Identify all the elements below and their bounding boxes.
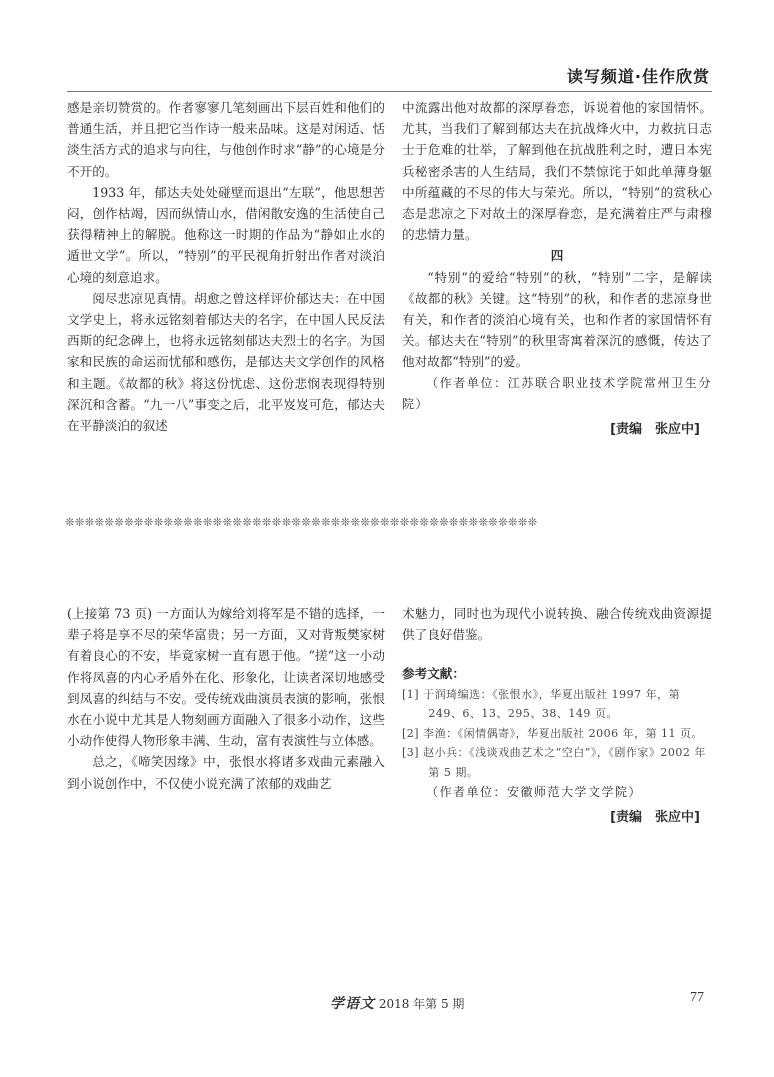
reference-item: [2] 李渔：《闲情偶寄》，华夏出版社 2006 年，第 11 页。 — [402, 724, 712, 744]
paragraph: “特别”的爱给“特别”的秋，“特别”二字，是解读《故都的秋》关键。这“特别”的秋… — [402, 267, 712, 373]
article1-left-column: 感是亲切赞赏的。作者寥寥几笔刻画出下层百姓和他们的普通生活，并且把它当作诗一般来… — [67, 97, 385, 436]
paragraph: 感是亲切赞赏的。作者寥寥几笔刻画出下层百姓和他们的普通生活，并且把它当作诗一般来… — [67, 97, 385, 182]
article2-left-column: (上接第 73 页) 一方面认为嫁给刘将军是不错的选择，一辈子将是享不尽的荣华富… — [67, 603, 385, 794]
running-header-title: 读写频道·佳作欣赏 — [567, 64, 710, 87]
issue-label: 2018 年第 5 期 — [375, 997, 464, 1011]
ornamental-divider: ❊❊❊❊❊❊❊❊❊❊❊❊❊❊❊❊❊❊❊❊❊❊❊❊❊❊❊❊❊❊❊❊❊❊❊❊❊❊❊❊… — [65, 515, 715, 529]
paragraph: 阅尽悲凉见真情。胡愈之曾这样评价郁达夫：在中国文学史上，将永远铭刻着郁达夫的名字… — [67, 288, 385, 436]
editor-credit: [责编 张应中] — [402, 419, 712, 440]
author-affiliation: （作者单位：安徽师范大学文学院） — [402, 782, 712, 803]
author-affiliation: （作者单位：江苏联合职业技术学院常州卫生分院） — [402, 373, 712, 415]
references-title: 参考文献： — [402, 663, 712, 684]
section-number: 四 — [402, 245, 712, 266]
article1-right-column: 中流露出他对故都的深厚眷恋，诉说着他的家国情怀。尤其，当我们了解到郁达夫在抗战烽… — [402, 97, 712, 440]
article2-right-column: 术魅力，同时也为现代小说转换、融合传统戏曲资源提供了良好借鉴。 参考文献： [1… — [402, 603, 712, 829]
page-number: 77 — [690, 990, 704, 1006]
reference-item: [1] 于润琦编选：《张恨水》，华夏出版社 1997 年，第 249、6、13、… — [402, 685, 712, 724]
paragraph: (上接第 73 页) 一方面认为嫁给刘将军是不错的选择，一辈子将是享不尽的荣华富… — [67, 603, 385, 751]
footer-journal-issue: 学语文 2018 年第 5 期 — [330, 993, 464, 1013]
header-rule — [67, 91, 712, 92]
reference-item: [3] 赵小兵：《浅谈戏曲艺术之“空白”》，《剧作家》2002 年第 5 期。 — [402, 743, 712, 782]
paragraph: 中流露出他对故都的深厚眷恋，诉说着他的家国情怀。尤其，当我们了解到郁达夫在抗战烽… — [402, 97, 712, 245]
paragraph: 术魅力，同时也为现代小说转换、融合传统戏曲资源提供了良好借鉴。 — [402, 603, 712, 645]
paragraph: 1933 年，郁达夫处处碰壁而退出“左联”，他思想苦闷，创作枯竭，因而纵情山水，… — [67, 182, 385, 288]
editor-credit: [责编 张应中] — [402, 807, 712, 828]
journal-name: 学语文 — [330, 996, 375, 1012]
paragraph: 总之，《啼笑因缘》中，张恨水将诸多戏曲元素融入到小说创作中，不仅使小说充满了浓郁… — [67, 751, 385, 793]
